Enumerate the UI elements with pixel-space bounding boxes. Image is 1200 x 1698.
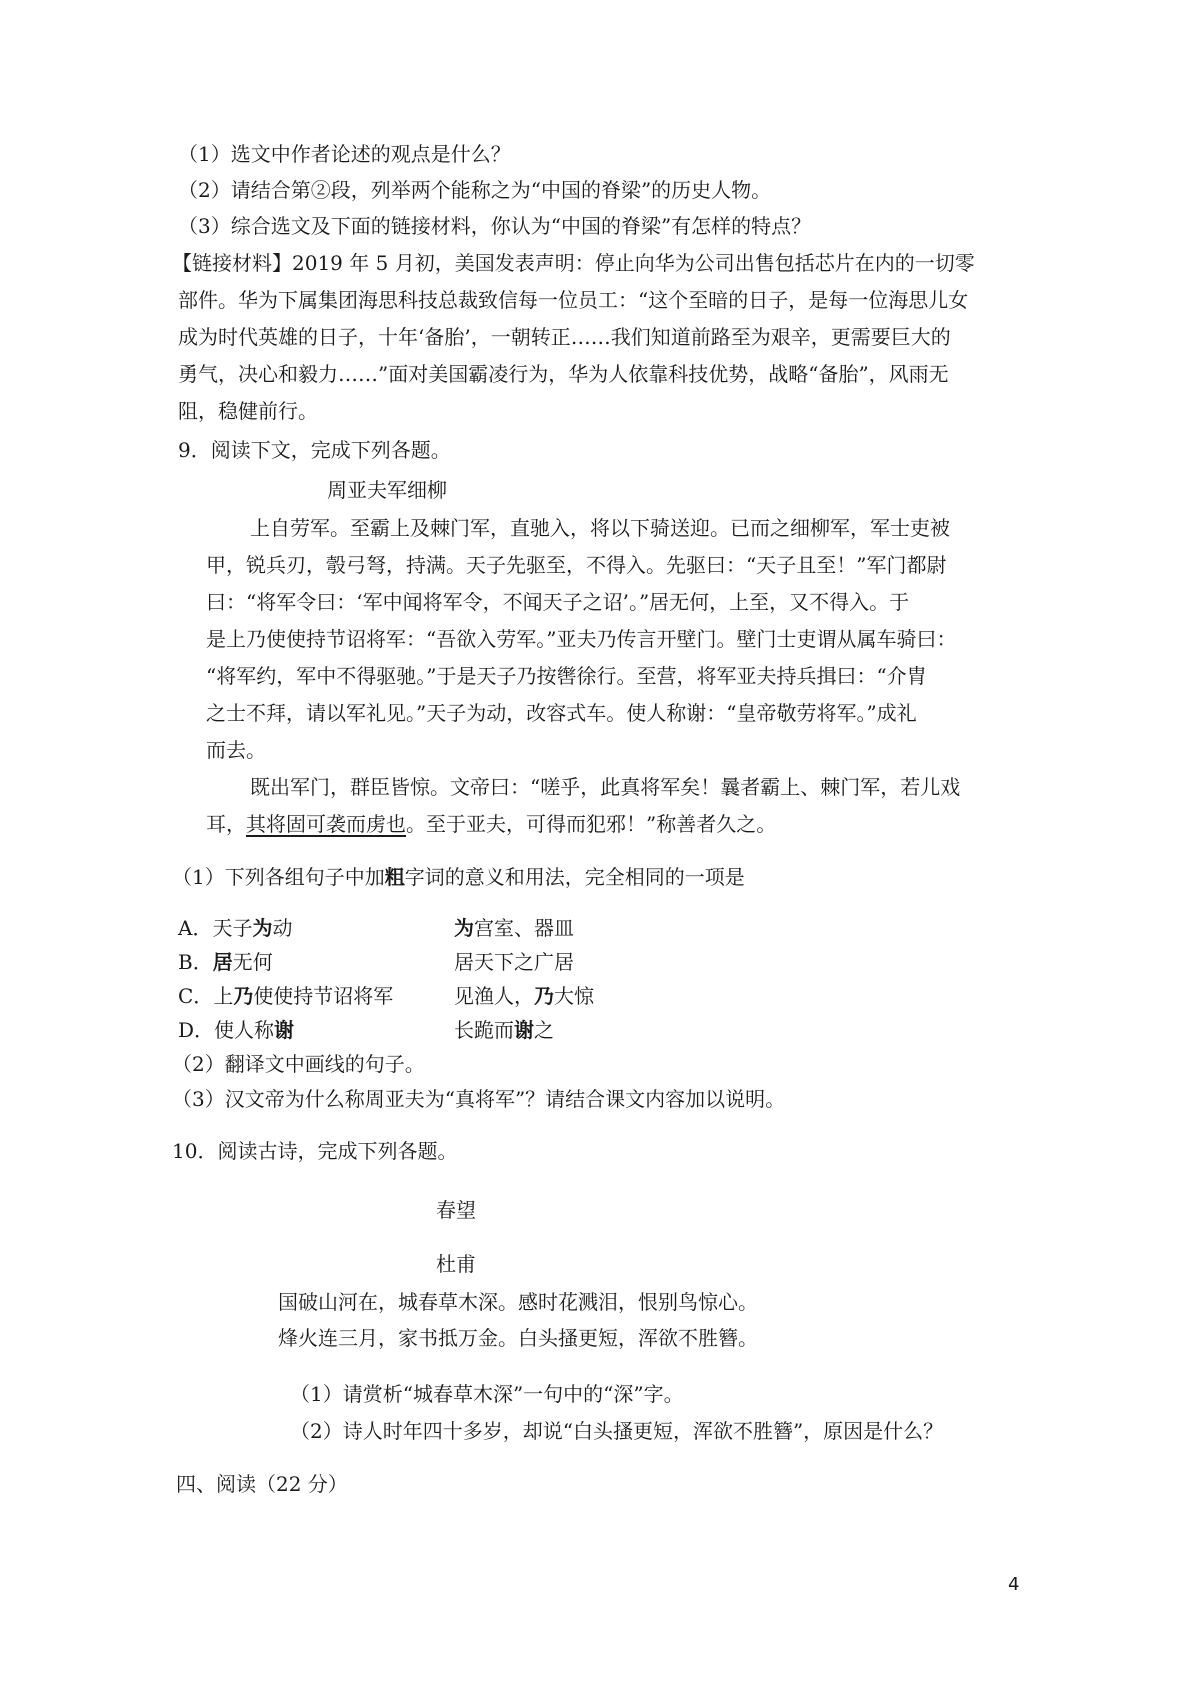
option-text: 使使持节诏将军 [253,984,393,1008]
passage-line: 是上乃使使持节诏将军：“吾欲入劳军。”亚夫乃传言开壁门。壁门士吏谓从属车骑曰： [206,625,956,653]
q10-heading: 10．阅读古诗，完成下列各题。 [172,1137,457,1165]
option-text: 长跪而 [454,1018,514,1042]
q9-sub1-text: 字词的意义和用法，完全相同的一项是 [405,865,745,889]
option-bold: 乃 [534,984,554,1008]
passage-line: 之士不拜，请以军礼见。”天子为动，改容式车。使人称谢：“皇帝敬劳将军。”成礼 [206,699,917,727]
option-a[interactable]: A．天子为动 [178,914,292,942]
passage-line: 甲，锐兵刃，彀弓弩，持满。天子先驱至，不得入。先驱曰：“天子且至！”军门都尉 [206,551,946,579]
q9-sub1: （1）下列各组句子中加粗字词的意义和用法，完全相同的一项是 [172,863,745,891]
passage-line: 耳，其将固可袭而虏也。至于亚夫，可得而犯邪！”称善者久之。 [206,810,776,838]
link-material-line: 成为时代英雄的日子，十年‘备胎’，一朝转正……我们知道前路至为艰辛，更需要巨大的 [178,323,951,351]
option-bold: 谢 [274,1018,294,1042]
q9-sub1-bold: 粗 [385,865,405,889]
q10-sub1: （1）请赏析“城春草木深”一句中的“深”字。 [290,1380,684,1408]
option-c[interactable]: C．上乃使使持节诏将军 [178,982,393,1010]
poem-author: 杜甫 [436,1250,476,1278]
option-text: 天子 [212,916,252,940]
option-d-compare: 长跪而谢之 [454,1016,554,1044]
passage-text: 耳， [206,812,246,836]
q8-sub1: （1）选文中作者论述的观点是什么？ [178,140,511,168]
option-letter: B． [178,950,213,974]
q10-sub2: （2）诗人时年四十多岁，却说“白头搔更短，浑欲不胜簪”，原因是什么？ [290,1417,943,1445]
option-text: 宫室、器皿 [474,916,574,940]
section-heading: 四、阅读（22 分） [176,1470,348,1498]
option-b[interactable]: B．居无何 [178,948,273,976]
passage-line: 曰：“将军令曰：‘军中闻将军令，不闻天子之诏’。”居无何，上至，又不得入。于 [206,588,909,616]
passage-line: 上自劳军。至霸上及棘门军，直驰入，将以下骑送迎。已而之细柳军，军士吏被 [250,514,950,542]
option-letter: C． [178,984,213,1008]
option-text: 见渔人， [454,984,534,1008]
q9-sub1-text: （1）下列各组句子中加 [172,865,385,889]
option-bold: 居 [213,950,233,974]
option-letter: A． [178,916,212,940]
option-d[interactable]: D．使人称谢 [178,1016,294,1044]
poem-line: 国破山河在，城春草木深。感时花溅泪，恨别鸟惊心。 [278,1288,758,1316]
option-bold: 乃 [233,984,253,1008]
option-text: 大惊 [554,984,594,1008]
option-text: 居天下之广居 [454,950,574,974]
q8-sub2: （2）请结合第②段，列举两个能称之为“中国的脊梁”的历史人物。 [178,176,771,204]
link-material-line: 【链接材料】2019 年 5 月初，美国发表声明：停止向华为公司出售包括芯片在内… [172,249,975,277]
option-text: 之 [534,1018,554,1042]
link-material-line: 部件。华为下属集团海思科技总裁致信每一位员工：“这个至暗的日子，是每一位海思儿女 [178,286,968,314]
option-text: 无何 [233,950,273,974]
q9-sub3: （3）汉文帝为什么称周亚夫为“真将军”？请结合课文内容加以说明。 [172,1085,785,1113]
link-material-line: 勇气，决心和毅力……”面对美国霸凌行为，华为人依靠科技优势，战略“备胎”，风雨无 [178,360,949,388]
link-material-line: 阻，稳健前行。 [178,397,318,425]
q9-passage-title: 周亚夫军细柳 [327,476,447,504]
option-bold: 为 [252,916,272,940]
poem-title: 春望 [436,1196,476,1224]
option-text: 动 [272,916,292,940]
passage-line: 而去。 [206,736,266,764]
option-text: 使人称 [214,1018,274,1042]
q9-heading: 9．阅读下文，完成下列各题。 [178,436,451,464]
page-number: 4 [1008,1574,1019,1595]
q9-sub2: （2）翻译文中画线的句子。 [172,1050,425,1078]
option-bold: 为 [454,916,474,940]
passage-line: 既出军门，群臣皆惊。文帝曰：“嗟乎，此真将军矣！曩者霸上、棘门军，若儿戏 [250,773,960,801]
poem-line: 烽火连三月，家书抵万金。白头搔更短，浑欲不胜簪。 [278,1324,758,1352]
passage-line: “将军约，军中不得驱驰。”于是天子乃按辔徐行。至营，将军亚夫持兵揖曰：“介胄 [206,662,927,690]
option-text: 上 [213,984,233,1008]
passage-text: 。至于亚夫，可得而犯邪！”称善者久之。 [406,812,776,836]
option-a-compare: 为宫室、器皿 [454,914,574,942]
underlined-sentence: 其将固可袭而虏也 [246,812,406,836]
q8-sub3: （3）综合选文及下面的链接材料，你认为“中国的脊梁”有怎样的特点？ [178,212,811,240]
option-bold: 谢 [514,1018,534,1042]
option-letter: D． [178,1018,214,1042]
option-c-compare: 见渔人，乃大惊 [454,982,594,1010]
option-b-compare: 居天下之广居 [454,948,574,976]
